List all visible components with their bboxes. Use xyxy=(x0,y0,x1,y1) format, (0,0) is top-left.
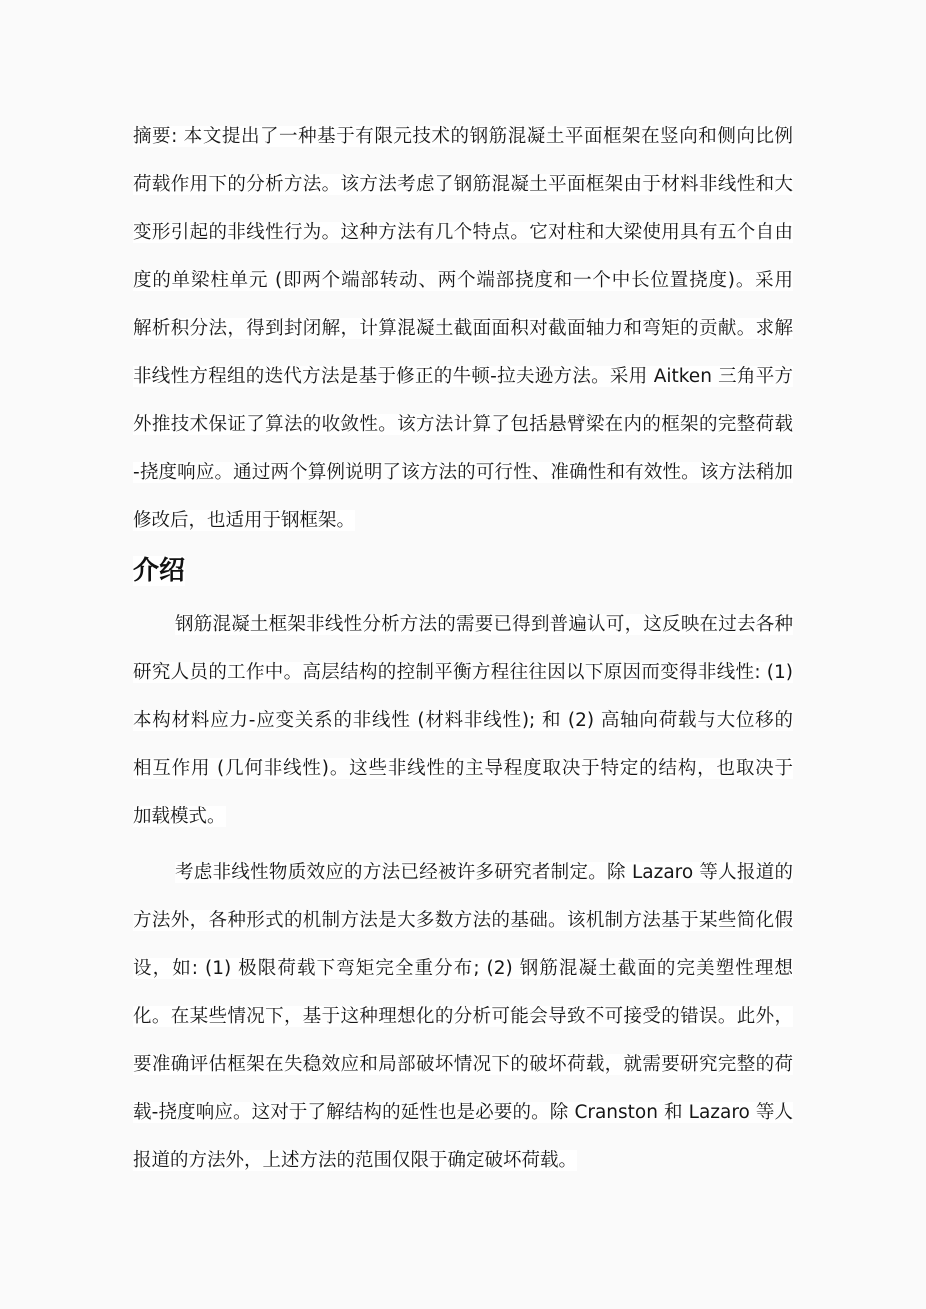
text-line-content: 载-挠度响应。这对于了解结构的延性也是必要的。除 Cranston 和 Laza… xyxy=(133,1102,793,1123)
text-line: 报道的方法外，上述方法的范围仅限于确定破坏荷载。 xyxy=(133,1137,793,1185)
text-line-content: 相互作用 (几何非线性)。这些非线性的主导程度取决于特定的结构，也取决于 xyxy=(133,758,793,779)
text-line-content: 修改后，也适用于钢框架。 xyxy=(133,510,355,531)
text-line: 化。在某些情况下，基于这种理想化的分析可能会导致不可接受的错误。此外， xyxy=(133,993,793,1041)
text-line: 相互作用 (几何非线性)。这些非线性的主导程度取决于特定的结构，也取决于 xyxy=(133,745,793,793)
section-heading-introduction: 介绍 xyxy=(133,545,793,593)
text-line: 荷载作用下的分析方法。该方法考虑了钢筋混凝土平面框架由于材料非线性和大 xyxy=(133,161,793,209)
text-line-content: 非线性方程组的迭代方法是基于修正的牛顿-拉夫逊方法。采用 Aitken 三角平方 xyxy=(133,366,793,387)
text-line: 度的单梁柱单元 (即两个端部转动、两个端部挠度和一个中长位置挠度)。采用 xyxy=(133,257,793,305)
intro-paragraph-1: 钢筋混凝土框架非线性分析方法的需要已得到普遍认可，这反映在过去各种研究人员的工作… xyxy=(133,601,793,841)
text-line: 方法外，各种形式的机制方法是大多数方法的基础。该机制方法基于某些简化假 xyxy=(133,897,793,945)
text-line: 加载模式。 xyxy=(133,793,793,841)
text-line-content: -挠度响应。通过两个算例说明了该方法的可行性、准确性和有效性。该方法稍加 xyxy=(133,462,793,483)
text-line: -挠度响应。通过两个算例说明了该方法的可行性、准确性和有效性。该方法稍加 xyxy=(133,449,793,497)
text-line-content: 解析积分法，得到封闭解，计算混凝土截面面积对截面轴力和弯矩的贡献。求解 xyxy=(133,318,793,339)
text-line-content: 报道的方法外，上述方法的范围仅限于确定破坏荷载。 xyxy=(133,1150,577,1171)
text-line-content: 外推技术保证了算法的收敛性。该方法计算了包括悬臂梁在内的框架的完整荷载 xyxy=(133,414,793,435)
text-line-content: 方法外，各种形式的机制方法是大多数方法的基础。该机制方法基于某些简化假 xyxy=(133,910,793,931)
text-line: 修改后，也适用于钢框架。 xyxy=(133,497,793,545)
text-line-content: 变形引起的非线性行为。这种方法有几个特点。它对柱和大梁使用具有五个自由 xyxy=(133,222,793,243)
text-line: 钢筋混凝土框架非线性分析方法的需要已得到普遍认可，这反映在过去各种 xyxy=(133,601,793,649)
text-line-content: 本构材料应力-应变关系的非线性 (材料非线性); 和 (2) 高轴向荷载与大位移… xyxy=(133,710,793,731)
document-page: 摘要: 本文提出了一种基于有限元技术的钢筋混凝土平面框架在竖向和侧向比例荷载作用… xyxy=(0,0,926,1309)
text-line-content: 要准确评估框架在失稳效应和局部破坏情况下的破坏荷载，就需要研究完整的荷 xyxy=(133,1054,793,1075)
text-line-content: 考虑非线性物质效应的方法已经被许多研究者制定。除 Lazaro 等人报道的 xyxy=(175,862,793,883)
text-line: 考虑非线性物质效应的方法已经被许多研究者制定。除 Lazaro 等人报道的 xyxy=(133,849,793,897)
text-line-content: 加载模式。 xyxy=(133,806,226,827)
section-heading-text: 介绍 xyxy=(133,556,185,586)
text-line-content: 化。在某些情况下，基于这种理想化的分析可能会导致不可接受的错误。此外， xyxy=(133,1006,793,1027)
text-line-content: 度的单梁柱单元 (即两个端部转动、两个端部挠度和一个中长位置挠度)。采用 xyxy=(133,270,793,291)
text-line: 研究人员的工作中。高层结构的控制平衡方程往往因以下原因而变得非线性: (1) xyxy=(133,649,793,697)
text-line: 非线性方程组的迭代方法是基于修正的牛顿-拉夫逊方法。采用 Aitken 三角平方 xyxy=(133,353,793,401)
text-line-content: 摘要: 本文提出了一种基于有限元技术的钢筋混凝土平面框架在竖向和侧向比例 xyxy=(133,126,793,147)
text-line-content: 钢筋混凝土框架非线性分析方法的需要已得到普遍认可，这反映在过去各种 xyxy=(175,614,793,635)
text-line: 载-挠度响应。这对于了解结构的延性也是必要的。除 Cranston 和 Laza… xyxy=(133,1089,793,1137)
text-line: 变形引起的非线性行为。这种方法有几个特点。它对柱和大梁使用具有五个自由 xyxy=(133,209,793,257)
abstract-paragraph: 摘要: 本文提出了一种基于有限元技术的钢筋混凝土平面框架在竖向和侧向比例荷载作用… xyxy=(133,113,793,545)
text-line: 设，如: (1) 极限荷载下弯矩完全重分布; (2) 钢筋混凝土截面的完美塑性理… xyxy=(133,945,793,993)
text-line: 本构材料应力-应变关系的非线性 (材料非线性); 和 (2) 高轴向荷载与大位移… xyxy=(133,697,793,745)
text-line-content: 研究人员的工作中。高层结构的控制平衡方程往往因以下原因而变得非线性: (1) xyxy=(133,662,793,683)
text-line: 摘要: 本文提出了一种基于有限元技术的钢筋混凝土平面框架在竖向和侧向比例 xyxy=(133,113,793,161)
intro-paragraph-2: 考虑非线性物质效应的方法已经被许多研究者制定。除 Lazaro 等人报道的方法外… xyxy=(133,849,793,1185)
text-line-content: 荷载作用下的分析方法。该方法考虑了钢筋混凝土平面框架由于材料非线性和大 xyxy=(133,174,793,195)
text-line: 要准确评估框架在失稳效应和局部破坏情况下的破坏荷载，就需要研究完整的荷 xyxy=(133,1041,793,1089)
text-line: 解析积分法，得到封闭解，计算混凝土截面面积对截面轴力和弯矩的贡献。求解 xyxy=(133,305,793,353)
text-line: 外推技术保证了算法的收敛性。该方法计算了包括悬臂梁在内的框架的完整荷载 xyxy=(133,401,793,449)
text-line-content: 设，如: (1) 极限荷载下弯矩完全重分布; (2) 钢筋混凝土截面的完美塑性理… xyxy=(133,958,793,979)
